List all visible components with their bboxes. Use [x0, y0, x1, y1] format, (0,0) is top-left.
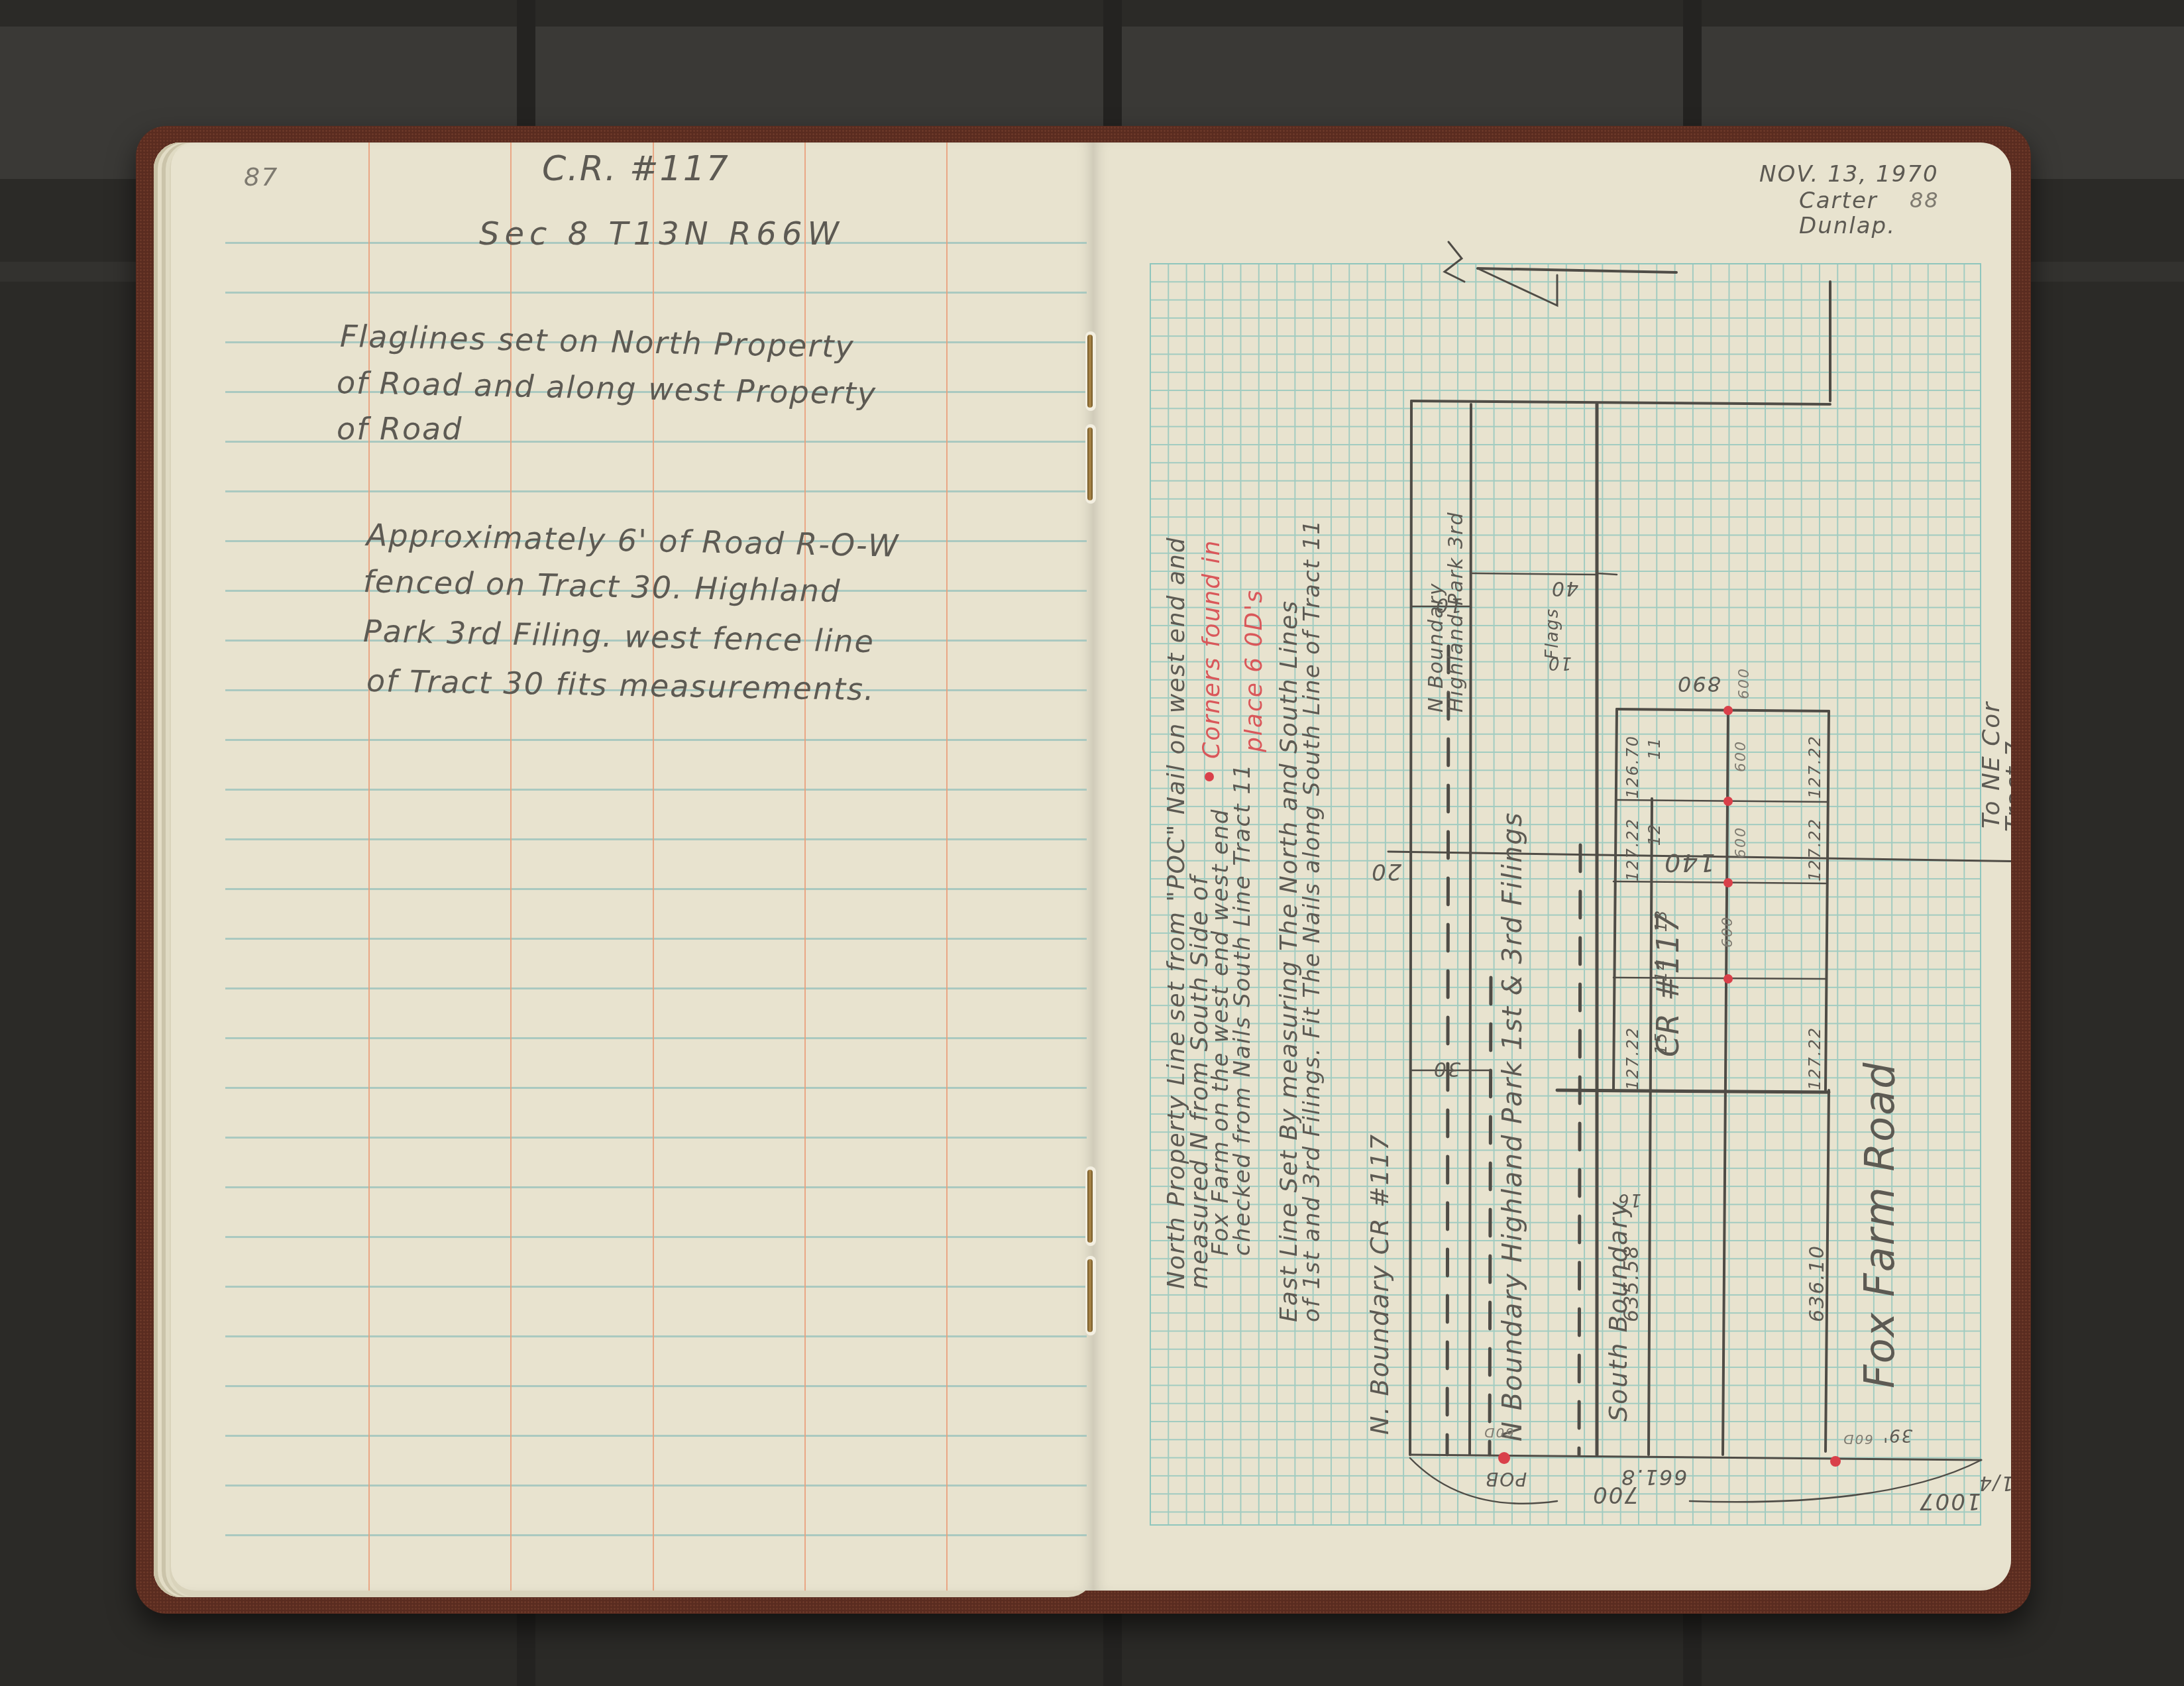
- pob-label: POB: [1484, 1468, 1527, 1490]
- dimension-40: 40: [1551, 577, 1578, 600]
- label-n-boundary-highland-park: N Boundary Highland Park 1st & 3rd Filin…: [1498, 812, 1528, 1441]
- ruled-line: [225, 1335, 1087, 1337]
- ruled-line: [225, 987, 1087, 989]
- dimension-1007: 1007: [1918, 1488, 1981, 1514]
- note-line: of Road and along west Property: [336, 365, 877, 412]
- note-line: Approximately 6' of Road R-O-W: [366, 517, 900, 564]
- staple: [1087, 427, 1093, 500]
- ruled-line: [225, 292, 1087, 294]
- tract-number: 12: [1645, 823, 1664, 846]
- ruled-line: [225, 1534, 1087, 1536]
- dimension-127-22: 127.22: [1623, 818, 1642, 881]
- right-page: NOV. 13, 1970 Carter Dunlap. 88 North Pr…: [1093, 142, 2011, 1591]
- dimension-636-10: 636.10: [1806, 1245, 1829, 1322]
- ruled-line: [225, 888, 1087, 890]
- dimension-126-70: 126.70: [1623, 735, 1642, 799]
- ruled-line: [225, 1286, 1087, 1288]
- ruled-line: [225, 490, 1087, 492]
- dimension-600: 600: [1733, 826, 1749, 858]
- ruled-line: [225, 1087, 1087, 1089]
- dimension-127-22: 127.22: [1623, 1027, 1642, 1090]
- tract-number: 15: [1652, 1032, 1670, 1055]
- nail-60d-label: 60D: [1842, 1432, 1873, 1447]
- ruled-line: [225, 1037, 1087, 1039]
- dimension-140: 140: [1663, 848, 1716, 877]
- dimension-600: 600: [1733, 740, 1749, 772]
- dimension-635-58: 635.58: [1620, 1245, 1643, 1322]
- dimension-39: 39': [1882, 1425, 1912, 1445]
- ruled-line: [225, 1186, 1087, 1188]
- staple: [1087, 1170, 1093, 1243]
- left-page: 87 C.R. #117 Sec 8 T13N R66W Flaglines s…: [171, 142, 1093, 1591]
- note-line: Park 3rd Filing. west fence line: [362, 613, 875, 659]
- tract-number: 11: [1645, 737, 1664, 760]
- dimension-127-22: 127.22: [1806, 1027, 1824, 1090]
- dimension-10-flags: 10: [1547, 653, 1572, 673]
- dimension-30: 30: [1433, 1057, 1460, 1080]
- column-rule: [368, 142, 370, 1591]
- ruled-line: [225, 938, 1087, 940]
- dimension-10-left: 10: [1435, 593, 1462, 616]
- nail-60d-label: 60D: [1483, 1425, 1514, 1441]
- staple: [1087, 1259, 1093, 1332]
- ruled-line: [225, 1485, 1087, 1487]
- ruled-line: [225, 1137, 1087, 1139]
- dimension-600: 600: [1720, 916, 1736, 948]
- ruled-line: [225, 1435, 1087, 1437]
- ruled-line: [225, 789, 1087, 791]
- flags-label: Flags: [1543, 608, 1562, 659]
- tract-number: 14: [1652, 959, 1670, 982]
- column-rule: [510, 142, 512, 1591]
- label-n-boundary-cr117: N. Boundary CR #117: [1365, 1133, 1394, 1435]
- ruled-line: [225, 1385, 1087, 1387]
- dimension-890: 890: [1676, 671, 1721, 697]
- note-line: of Tract 30 fits measurements.: [366, 663, 876, 707]
- ruled-line: [225, 1236, 1087, 1238]
- left-page-title: C.R. #117: [542, 149, 730, 189]
- ruled-line: [225, 739, 1087, 741]
- dimension-20: 20: [1370, 858, 1401, 885]
- column-rule: [946, 142, 948, 1591]
- page-number-left: 87: [244, 162, 278, 192]
- staple: [1087, 335, 1093, 408]
- dimension-661-8: 661.8: [1620, 1465, 1688, 1490]
- dimension-fraction: 1/4: [1978, 1471, 2011, 1494]
- label-fox-farm-road: Fox Farm Road: [1855, 1061, 1904, 1388]
- left-page-subtitle: Sec 8 T13N R66W: [479, 215, 844, 253]
- tract-number: 16: [1617, 1190, 1641, 1209]
- tract-number: 13: [1652, 909, 1670, 932]
- ruled-line: [225, 838, 1087, 840]
- note-line: of Road: [337, 411, 463, 447]
- dimension-600: 600: [1736, 667, 1753, 699]
- note-line: fenced on Tract 30. Highland: [362, 563, 841, 609]
- dimension-127-22: 127.22: [1806, 818, 1824, 881]
- label-tract-7: Tract 7: [2001, 740, 2011, 832]
- dimension-127-22: 127.22: [1806, 735, 1824, 799]
- note-line: Flaglines set on North Property: [339, 318, 855, 365]
